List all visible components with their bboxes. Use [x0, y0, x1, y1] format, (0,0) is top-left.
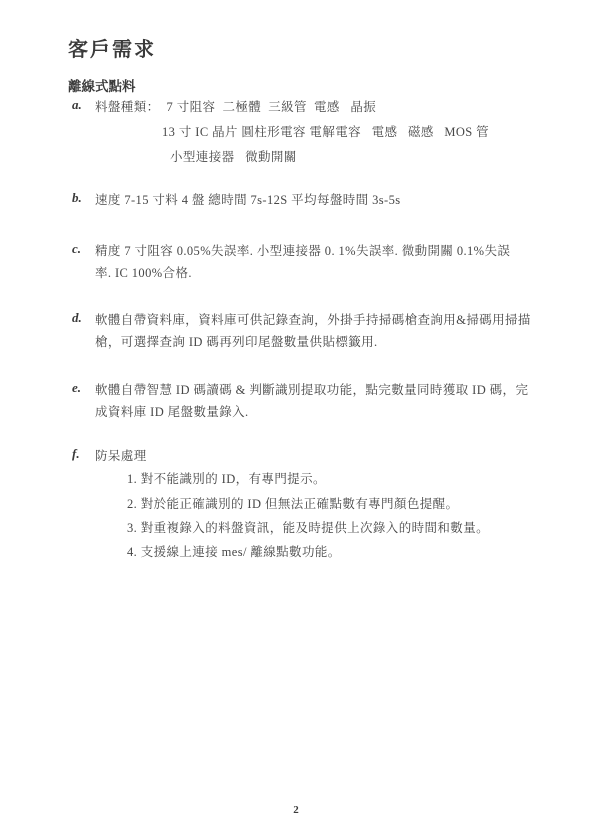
page-title: 客戶需求: [68, 33, 156, 62]
item-c-line-2: 率. IC 100%合格.: [95, 263, 192, 281]
item-a-line-1: 料盤種類： 7 寸阻容 二極體 三級管 電感 晶振: [95, 97, 376, 115]
item-e-line-1: 軟體自帶智慧 ID 碼讀碼 & 判斷識別提取功能，點完數量同時獲取 ID 碼，完: [95, 380, 528, 398]
item-a-line-3: 小型連接器 微動開關: [170, 147, 297, 165]
item-b-line-1: 速度 7-15 寸料 4 盤 總時間 7s-12S 平均每盤時間 3s-5s: [95, 190, 400, 208]
document-page: 客戶需求 離線式點料 a. 料盤種類： 7 寸阻容 二極體 三級管 電感 晶振 …: [0, 0, 592, 832]
section-subtitle: 離線式點料: [68, 75, 136, 95]
item-f-label: f.: [72, 446, 80, 462]
item-d-label: d.: [72, 310, 82, 326]
item-c-label: c.: [72, 241, 81, 257]
item-e-label: e.: [72, 380, 81, 396]
item-f-sub-3: 3. 對重複錄入的料盤資訊，能及時提供上次錄入的時間和數量。: [127, 518, 489, 536]
page-number: 2: [0, 804, 592, 816]
item-a-label: a.: [72, 97, 82, 113]
item-f-sub-4: 4. 支援線上連接 mes/ 離線點數功能。: [127, 542, 341, 560]
item-b-label: b.: [72, 190, 82, 206]
item-e-line-2: 成資料庫 ID 尾盤數量錄入.: [95, 402, 249, 420]
item-d-line-1: 軟體自帶資料庫，資料庫可供記錄查詢，外掛手持掃碼槍查詢用&掃碼用掃描: [95, 310, 531, 328]
item-d-line-2: 槍，可選擇查詢 ID 碼再列印尾盤數量供貼標籤用.: [95, 332, 378, 350]
item-a-line-2: 13 寸 IC 晶片 圓柱形電容 電解電容 電感 磁感 MOS 管: [162, 122, 489, 140]
item-f-sub-2: 2. 對於能正確識別的 ID 但無法正確點數有專門顏色提醒。: [127, 494, 458, 512]
item-f-sub-1: 1. 對不能識別的 ID，有專門提示。: [127, 469, 326, 487]
item-c-line-1: 精度 7 寸阻容 0.05%失誤率. 小型連接器 0. 1%失誤率. 微動開關 …: [95, 241, 510, 259]
item-f-line-1: 防呆處理: [95, 446, 147, 464]
